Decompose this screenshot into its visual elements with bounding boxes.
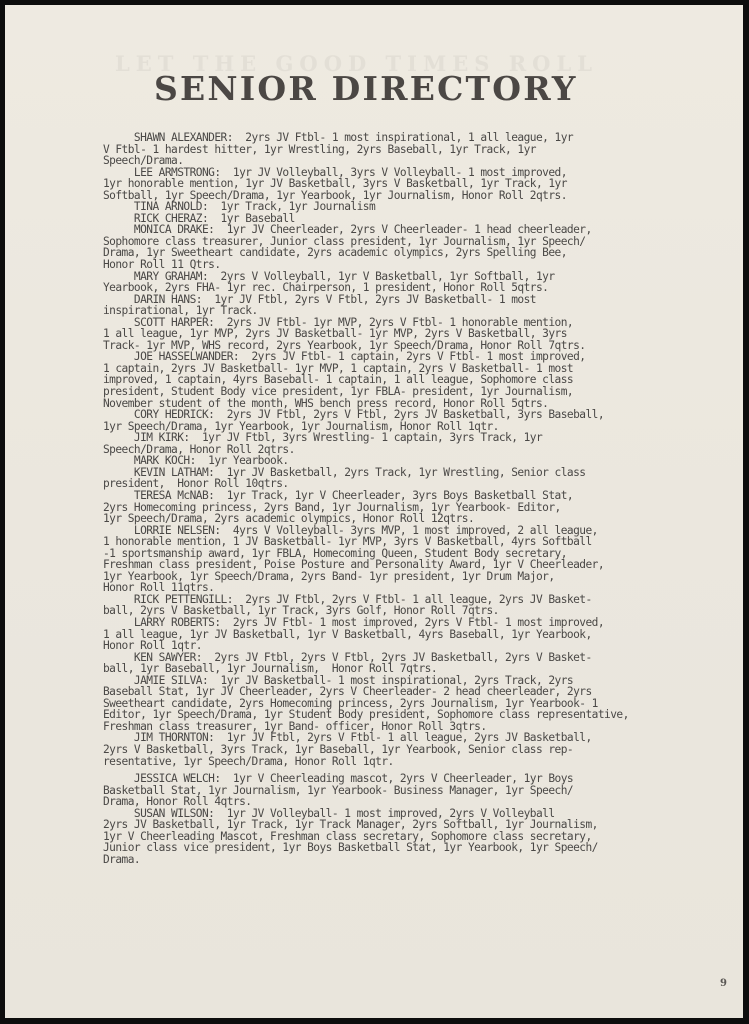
entry-line: LARRY ROBERTS: 2yrs JV Ftbl- 1 most impr…: [103, 617, 703, 629]
entry-line: Speech/Drama.: [103, 155, 703, 167]
directory-entry-ken-sawyer: KEN SAWYER: 2yrs JV Ftbl, 2yrs V Ftbl, 2…: [103, 652, 703, 675]
senior-directory-list: SHAWN ALEXANDER: 2yrs JV Ftbl- 1 most in…: [103, 132, 703, 865]
entry-line: 2yrs V Basketball, 3yrs Track, 1yr Baseb…: [103, 744, 703, 756]
directory-entry-mary-graham: MARY GRAHAM: 2yrs V Volleyball, 1yr V Ba…: [103, 271, 703, 294]
entry-line: Drama.: [103, 854, 703, 866]
entry-line: resentative, 1yr Speech/Drama, Honor Rol…: [103, 756, 703, 768]
entry-line: president, Student Body vice president, …: [103, 386, 703, 398]
directory-entry-darin-hans: DARIN HANS: 1yr JV Ftbl, 2yrs V Ftbl, 2y…: [103, 294, 703, 317]
entry-line: JESSICA WELCH: 1yr V Cheerleading mascot…: [103, 773, 703, 785]
directory-entry-scott-harper: SCOTT HARPER: 2yrs JV Ftbl- 1yr MVP, 2yr…: [103, 317, 703, 352]
entry-line: Honor Roll 11 Qtrs.: [103, 259, 703, 271]
entry-line: Yearbook, 2yrs FHA- 1yr rec. Chairperson…: [103, 282, 703, 294]
directory-entry-cory-hedrick: CORY HEDRICK: 2yrs JV Ftbl, 2yrs V Ftbl,…: [103, 409, 703, 432]
entry-line: Junior class vice president, 1yr Boys Ba…: [103, 842, 703, 854]
directory-entry-kevin-latham: KEVIN LATHAM: 1yr JV Basketball, 2yrs Tr…: [103, 467, 703, 490]
page-title: SENIOR DIRECTORY: [154, 69, 578, 108]
directory-entry-jim-kirk: JIM KIRK: 1yr JV Ftbl, 3yrs Wrestling- 1…: [103, 432, 703, 455]
entry-line: 1 honorable mention, 1 JV Basketball- 1y…: [103, 536, 703, 548]
entry-line: SHAWN ALEXANDER: 2yrs JV Ftbl- 1 most in…: [103, 132, 703, 144]
directory-entry-monica-drake: MONICA DRAKE: 1yr JV Cheerleader, 2yrs V…: [103, 224, 703, 270]
directory-entry-jamie-silva: JAMIE SILVA: 1yr JV Basketball- 1 most i…: [103, 675, 703, 733]
entry-line: 1yr honorable mention, 1yr JV Basketball…: [103, 178, 703, 190]
entry-line: 1yr Speech/Drama, 2yrs academic olympics…: [103, 513, 703, 525]
entry-line: Honor Roll 1qtr.: [103, 640, 703, 652]
directory-entry-lorrie-nelsen: LORRIE NELSEN: 4yrs V Volleyball- 3yrs M…: [103, 525, 703, 594]
directory-entry-teresa-mcnab: TERESA McNAB: 1yr Track, 1yr V Cheerlead…: [103, 490, 703, 525]
directory-entry-joe-hasselwander: JOE HASSELWANDER: 2yrs JV Ftbl- 1 captai…: [103, 351, 703, 409]
entry-line: TERESA McNAB: 1yr Track, 1yr V Cheerlead…: [103, 490, 703, 502]
entry-line: ball, 1yr Baseball, 1yr Journalism, Hono…: [103, 663, 703, 675]
yearbook-page: LET THE GOOD TIMES ROLL SENIOR DIRECTORY…: [5, 5, 743, 1018]
page-number: 9: [720, 978, 727, 989]
directory-entry-larry-roberts: LARRY ROBERTS: 2yrs JV Ftbl- 1 most impr…: [103, 617, 703, 652]
directory-entry-lee-armstrong: LEE ARMSTRONG: 1yr JV Volleyball, 3yrs V…: [103, 167, 703, 202]
directory-entry-jim-thornton: JIM THORNTON: 1yr JV Ftbl, 2yrs V Ftbl- …: [103, 732, 703, 767]
entry-line: V Ftbl- 1 hardest hitter, 1yr Wrestling,…: [103, 144, 703, 156]
directory-entry-susan-wilson: SUSAN WILSON: 1yr JV Volleyball- 1 most …: [103, 808, 703, 866]
entry-line: CORY HEDRICK: 2yrs JV Ftbl, 2yrs V Ftbl,…: [103, 409, 703, 421]
directory-entry-rick-pettengill: RICK PETTENGILL: 2yrs JV Ftbl, 2yrs V Ft…: [103, 594, 703, 617]
directory-entry-shawn-alexander: SHAWN ALEXANDER: 2yrs JV Ftbl- 1 most in…: [103, 132, 703, 167]
directory-entry-jessica-welch: JESSICA WELCH: 1yr V Cheerleading mascot…: [103, 773, 703, 808]
entry-line: Drama, Honor Roll 4qtrs.: [103, 796, 703, 808]
